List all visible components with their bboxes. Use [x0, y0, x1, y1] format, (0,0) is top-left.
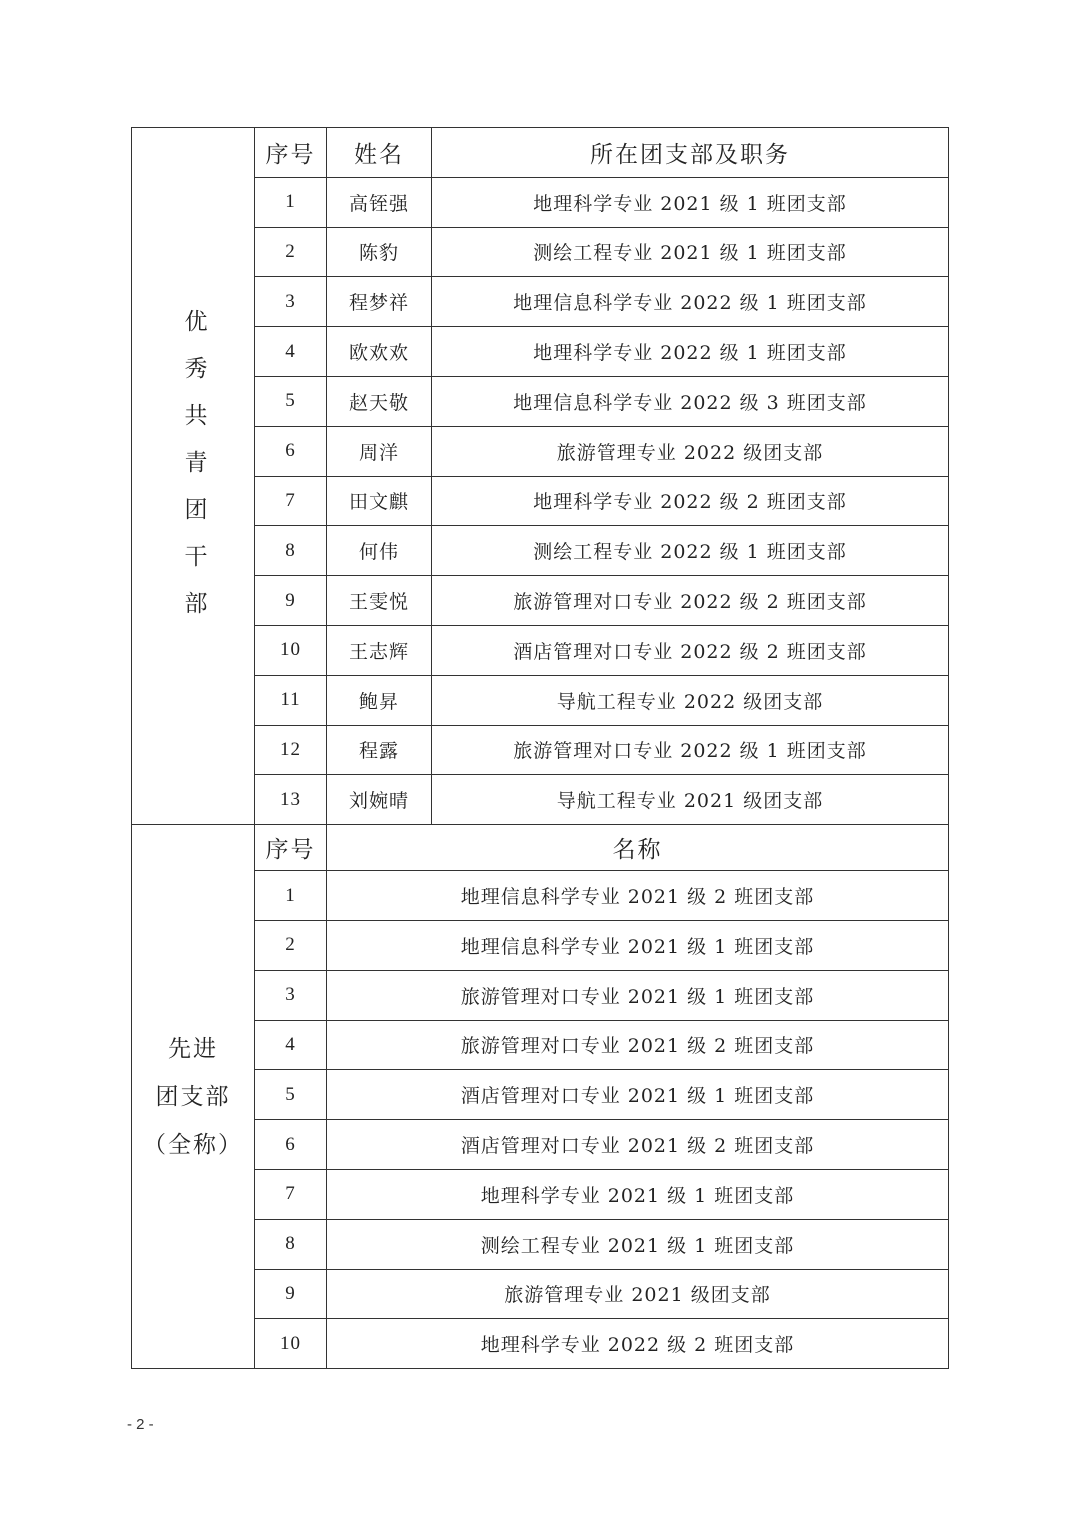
table-row: 12程露旅游管理对口专业 2022 级 1 班团支部 — [132, 725, 949, 775]
row-name: 程梦祥 — [327, 277, 432, 327]
row-branch: 地理科学专业 2022 级 1 班团支部 — [432, 327, 949, 377]
table-row: 3程梦祥地理信息科学专业 2022 级 1 班团支部 — [132, 277, 949, 327]
row-branch: 地理科学专业 2021 级 1 班团支部 — [432, 177, 949, 227]
table-row: 8何伟测绘工程专业 2022 级 1 班团支部 — [132, 526, 949, 576]
row-branch: 旅游管理对口专业 2022 级 2 班团支部 — [432, 576, 949, 626]
header-no: 序号 — [255, 825, 327, 871]
row-no: 8 — [255, 1219, 327, 1269]
row-title: 旅游管理对口专业 2021 级 1 班团支部 — [327, 970, 949, 1020]
label-line: 先进 — [132, 1025, 254, 1073]
row-branch: 测绘工程专业 2021 级 1 班团支部 — [432, 227, 949, 277]
row-no: 3 — [255, 277, 327, 327]
page-number: - 2 - — [127, 1416, 154, 1433]
row-no: 4 — [255, 1020, 327, 1070]
row-branch: 导航工程专业 2022 级团支部 — [432, 675, 949, 725]
row-name: 田文麒 — [327, 476, 432, 526]
row-branch: 地理信息科学专业 2022 级 1 班团支部 — [432, 277, 949, 327]
section-outstanding-cadres: 优秀共青团干部 序号 姓名 所在团支部及职务 1高铚强地理科学专业 2021 级… — [132, 128, 949, 825]
row-name: 赵天敬 — [327, 376, 432, 426]
row-no: 1 — [255, 177, 327, 227]
row-branch: 测绘工程专业 2022 级 1 班团支部 — [432, 526, 949, 576]
row-no: 5 — [255, 1070, 327, 1120]
row-name: 王志辉 — [327, 625, 432, 675]
section-label-text: 优秀共青团干部 — [182, 309, 205, 638]
row-title: 地理科学专业 2021 级 1 班团支部 — [327, 1169, 949, 1219]
row-branch: 地理科学专业 2022 级 2 班团支部 — [432, 476, 949, 526]
row-name: 鲍昇 — [327, 675, 432, 725]
row-no: 4 — [255, 327, 327, 377]
header-title: 名称 — [327, 825, 949, 871]
table-row: 10地理科学专业 2022 级 2 班团支部 — [132, 1319, 949, 1369]
row-name: 程露 — [327, 725, 432, 775]
header-branch: 所在团支部及职务 — [432, 128, 949, 178]
table-row: 2地理信息科学专业 2021 级 1 班团支部 — [132, 920, 949, 970]
row-no: 10 — [255, 1319, 327, 1369]
row-name: 欧欢欢 — [327, 327, 432, 377]
table-row: 10王志辉酒店管理对口专业 2022 级 2 班团支部 — [132, 625, 949, 675]
row-branch: 旅游管理对口专业 2022 级 1 班团支部 — [432, 725, 949, 775]
table-row: 9旅游管理专业 2021 级团支部 — [132, 1269, 949, 1319]
table-row: 9王雯悦旅游管理对口专业 2022 级 2 班团支部 — [132, 576, 949, 626]
table-row: 5赵天敬地理信息科学专业 2022 级 3 班团支部 — [132, 376, 949, 426]
row-title: 旅游管理对口专业 2021 级 2 班团支部 — [327, 1020, 949, 1070]
row-no: 7 — [255, 476, 327, 526]
table-row: 1地理信息科学专业 2021 级 2 班团支部 — [132, 871, 949, 921]
row-branch: 导航工程专业 2021 级团支部 — [432, 775, 949, 825]
row-title: 地理信息科学专业 2021 级 1 班团支部 — [327, 920, 949, 970]
row-no: 6 — [255, 426, 327, 476]
row-branch: 酒店管理对口专业 2022 级 2 班团支部 — [432, 625, 949, 675]
row-title: 酒店管理对口专业 2021 级 2 班团支部 — [327, 1120, 949, 1170]
row-title: 测绘工程专业 2021 级 1 班团支部 — [327, 1219, 949, 1269]
table-row: 7地理科学专业 2021 级 1 班团支部 — [132, 1169, 949, 1219]
row-name: 周洋 — [327, 426, 432, 476]
awards-table: 优秀共青团干部 序号 姓名 所在团支部及职务 1高铚强地理科学专业 2021 级… — [131, 127, 949, 1369]
row-name: 何伟 — [327, 526, 432, 576]
row-no: 1 — [255, 871, 327, 921]
label-line: （全称） — [132, 1121, 254, 1169]
section-label-advanced-branches: 先进 团支部 （全称） — [132, 825, 255, 1369]
section-advanced-branches: 先进 团支部 （全称） 序号 名称 1地理信息科学专业 2021 级 2 班团支… — [132, 825, 949, 1369]
header-no: 序号 — [255, 128, 327, 178]
table-row: 8测绘工程专业 2021 级 1 班团支部 — [132, 1219, 949, 1269]
table-row: 3旅游管理对口专业 2021 级 1 班团支部 — [132, 970, 949, 1020]
row-branch: 旅游管理专业 2022 级团支部 — [432, 426, 949, 476]
section-label-outstanding-cadres: 优秀共青团干部 — [132, 128, 255, 825]
table-row: 4旅游管理对口专业 2021 级 2 班团支部 — [132, 1020, 949, 1070]
row-title: 旅游管理专业 2021 级团支部 — [327, 1269, 949, 1319]
row-no: 9 — [255, 1269, 327, 1319]
table-row: 13刘婉晴导航工程专业 2021 级团支部 — [132, 775, 949, 825]
row-name: 高铚强 — [327, 177, 432, 227]
row-title: 地理信息科学专业 2021 级 2 班团支部 — [327, 871, 949, 921]
row-no: 9 — [255, 576, 327, 626]
row-no: 7 — [255, 1169, 327, 1219]
row-branch: 地理信息科学专业 2022 级 3 班团支部 — [432, 376, 949, 426]
row-name: 刘婉晴 — [327, 775, 432, 825]
row-no: 5 — [255, 376, 327, 426]
table-row: 6周洋旅游管理专业 2022 级团支部 — [132, 426, 949, 476]
table-row: 4欧欢欢地理科学专业 2022 级 1 班团支部 — [132, 327, 949, 377]
label-line: 团支部 — [132, 1073, 254, 1121]
row-no: 12 — [255, 725, 327, 775]
table-row: 11鲍昇导航工程专业 2022 级团支部 — [132, 675, 949, 725]
row-no: 11 — [255, 675, 327, 725]
row-no: 6 — [255, 1120, 327, 1170]
table-row: 5酒店管理对口专业 2021 级 1 班团支部 — [132, 1070, 949, 1120]
table-row: 2陈豹测绘工程专业 2021 级 1 班团支部 — [132, 227, 949, 277]
row-no: 3 — [255, 970, 327, 1020]
row-no: 13 — [255, 775, 327, 825]
row-no: 2 — [255, 227, 327, 277]
row-title: 地理科学专业 2022 级 2 班团支部 — [327, 1319, 949, 1369]
row-name: 陈豹 — [327, 227, 432, 277]
row-name: 王雯悦 — [327, 576, 432, 626]
table-row: 1高铚强地理科学专业 2021 级 1 班团支部 — [132, 177, 949, 227]
row-no: 10 — [255, 625, 327, 675]
header-name: 姓名 — [327, 128, 432, 178]
table-row: 7田文麒地理科学专业 2022 级 2 班团支部 — [132, 476, 949, 526]
row-no: 2 — [255, 920, 327, 970]
row-title: 酒店管理对口专业 2021 级 1 班团支部 — [327, 1070, 949, 1120]
table-row: 6酒店管理对口专业 2021 级 2 班团支部 — [132, 1120, 949, 1170]
row-no: 8 — [255, 526, 327, 576]
